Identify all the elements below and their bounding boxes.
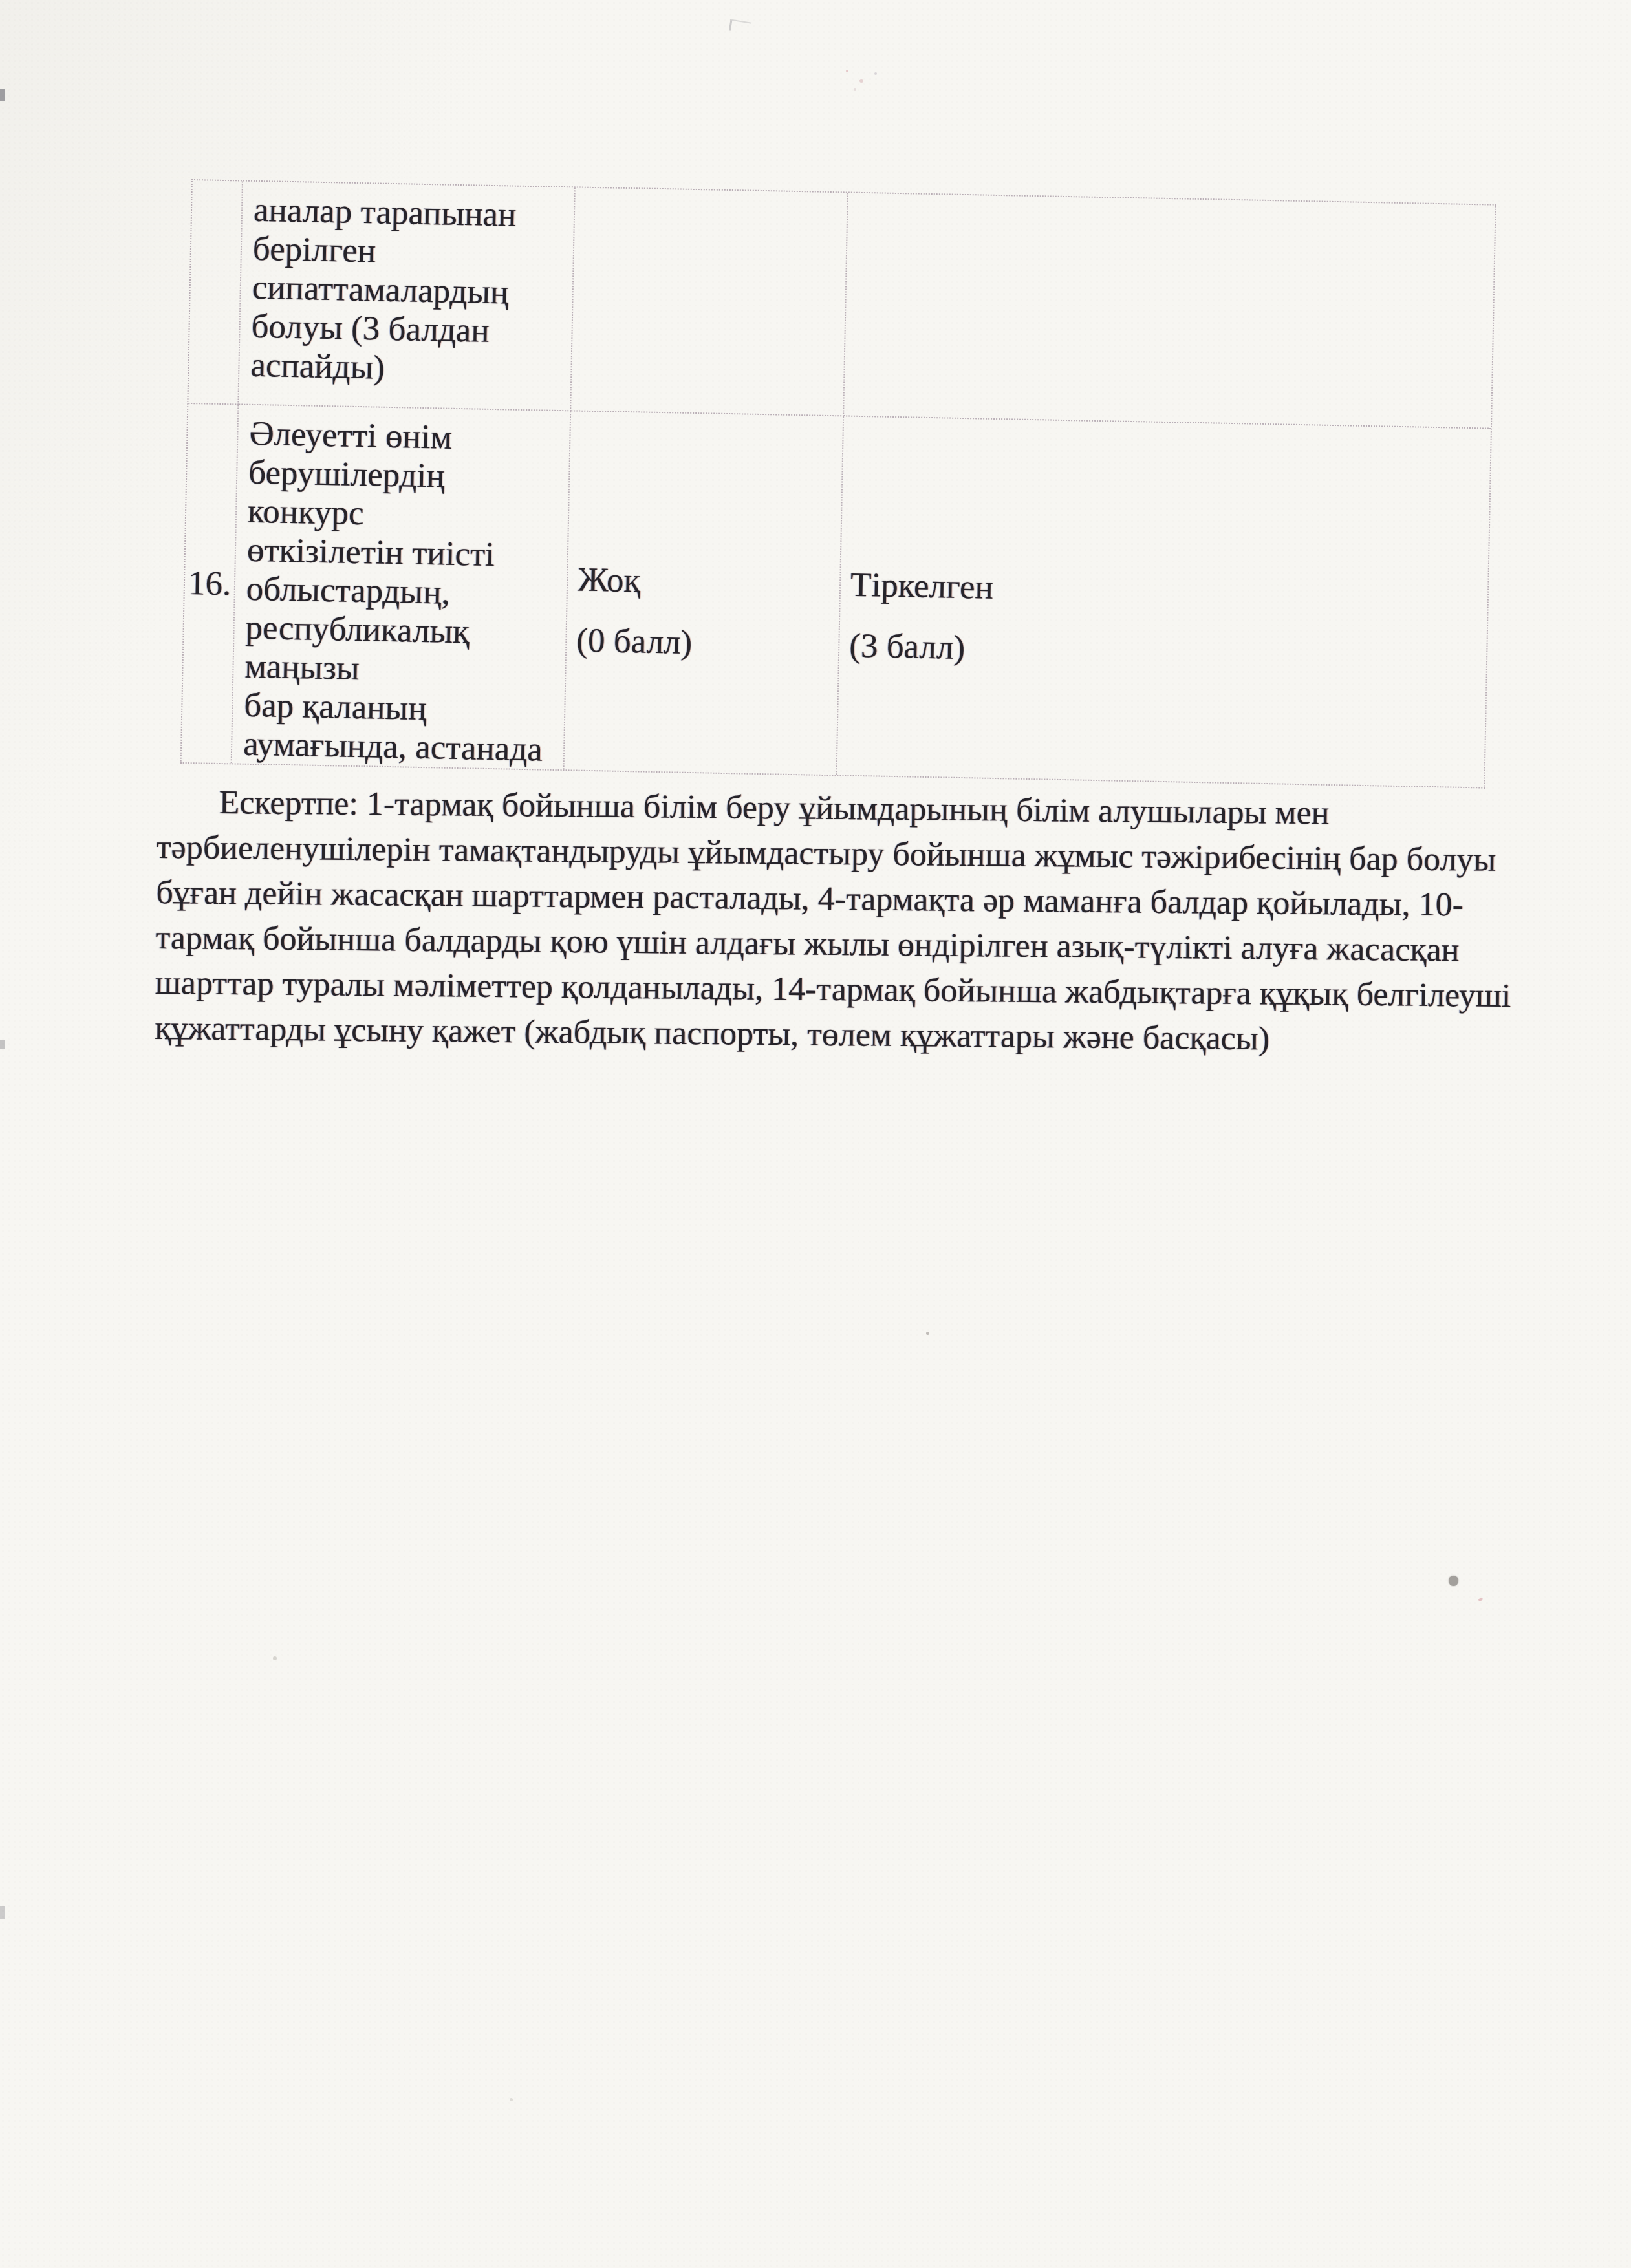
scan-speck-artifact (1478, 1598, 1484, 1601)
text-line: аумағында, астанада (243, 725, 560, 769)
text-line: Жоқ (577, 550, 840, 615)
text-line: аспайды) (250, 346, 567, 390)
scan-dust-artifact (510, 2098, 513, 2101)
option-yes-cell: Тіркелген(3 балл) (837, 416, 1490, 787)
scan-speck-artifact (846, 70, 848, 72)
text-line: берілген (252, 230, 569, 274)
text-line: берушілердің конкурс (248, 453, 565, 537)
option-yes-cell (844, 193, 1495, 429)
text-line: (0 балл) (576, 610, 839, 676)
row-number-cell: 16. (182, 404, 239, 763)
scan-dust-artifact (926, 1332, 929, 1335)
text-line: Әлеуетті өнім (249, 414, 566, 459)
criteria-cell: Әлеуетті өнімберушілердің конкурсөткізіл… (232, 405, 572, 769)
scan-dot-artifact (1449, 1576, 1458, 1586)
scan-smudge-artifact (729, 19, 751, 34)
scan-dust-artifact (273, 1656, 277, 1660)
text-line: облыстардың, (246, 570, 563, 614)
scan-edge-artifact (0, 1040, 5, 1049)
text-line: (3 балл) (848, 615, 1487, 689)
text-line: сипаттамалардың (252, 268, 568, 313)
text-line: бар қаланың (244, 686, 561, 731)
scanned-document-page: аналар тарапынанберілгенсипаттамалардыңб… (0, 0, 1631, 2268)
row-number-cell (188, 180, 243, 405)
row-number: 16. (188, 564, 231, 603)
criteria-cell: аналар тарапынанберілгенсипаттамалардыңб… (239, 182, 576, 412)
text-line: болуы (3 балдан (251, 307, 568, 352)
text-line: аналар тарапынан (254, 191, 570, 235)
option-no-cell (571, 187, 848, 416)
scan-edge-artifact (0, 89, 5, 101)
note-paragraph: Ескертпе: 1-тармақ бойынша білім беру ұй… (155, 780, 1522, 1064)
text-line: республикалық маңызы (244, 608, 562, 692)
text-line: өткізілетін тиісті (246, 531, 563, 575)
criteria-table: аналар тарапынанберілгенсипаттамалардыңб… (180, 179, 1496, 789)
option-no-cell: Жоқ(0 балл) (565, 411, 845, 775)
scan-edge-artifact (0, 1906, 5, 1919)
